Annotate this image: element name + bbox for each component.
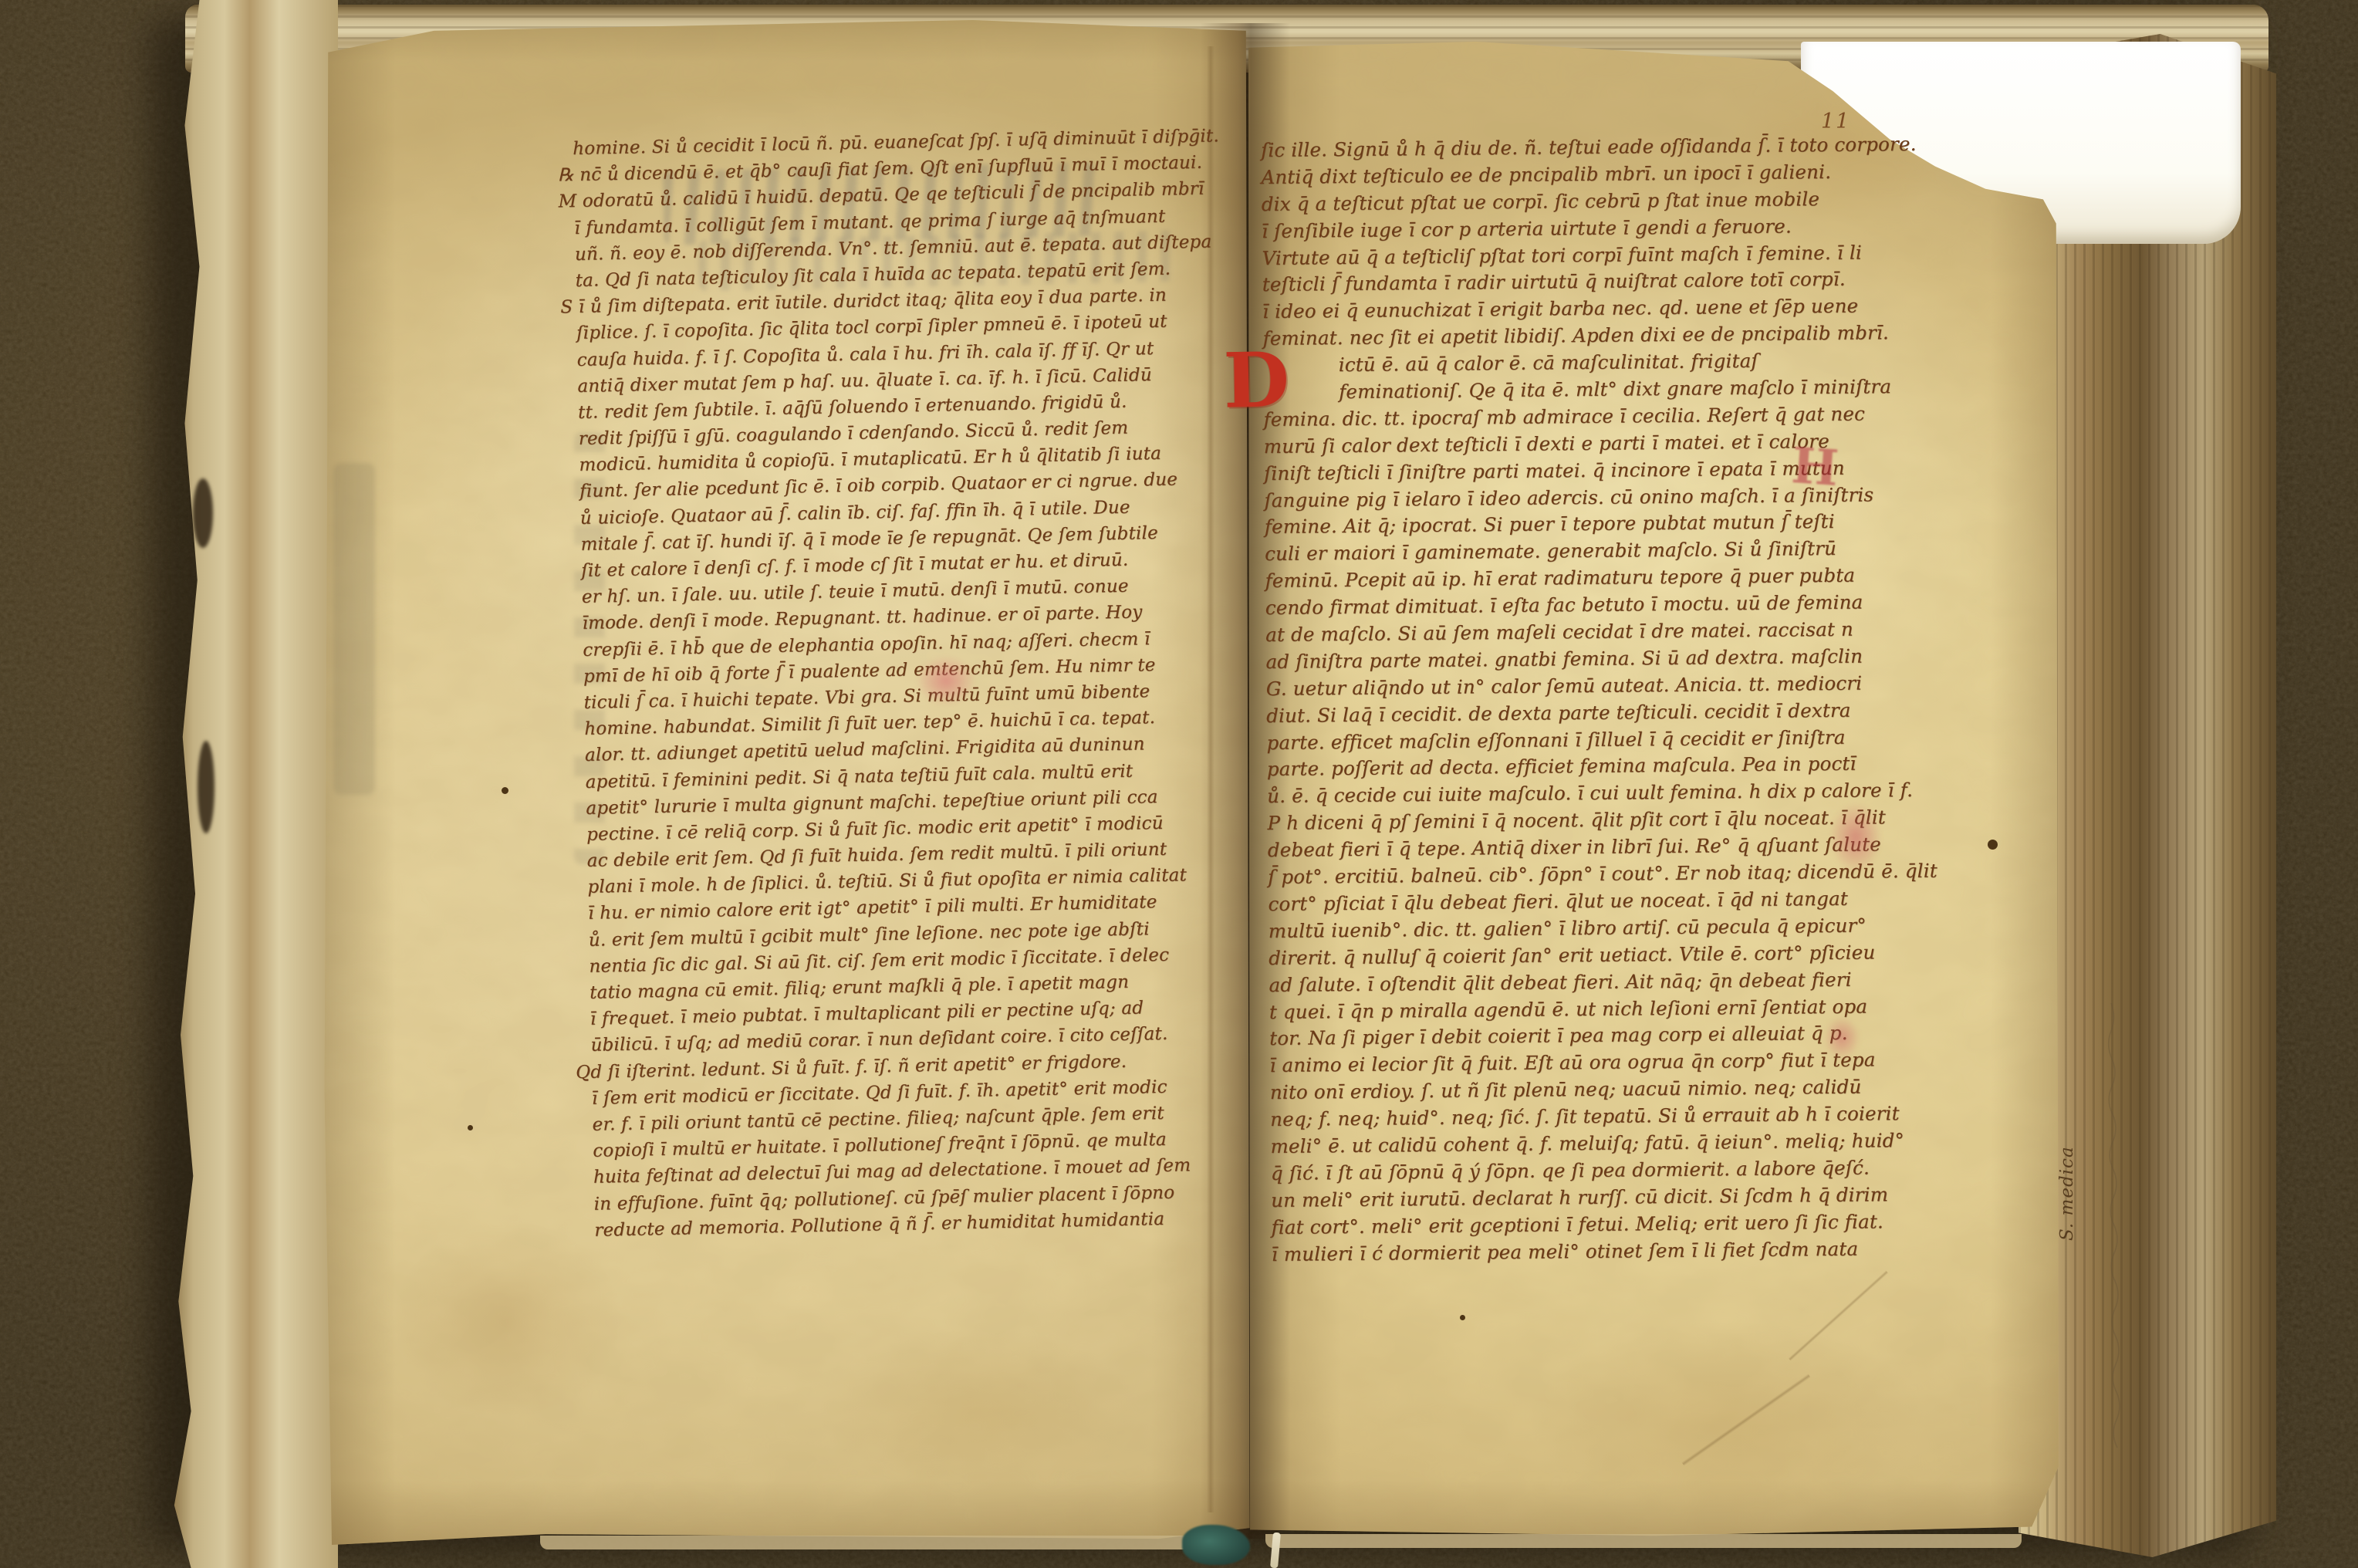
worm-hole: [468, 1125, 473, 1130]
left-page-text-column: homine. Si ů cecidit ī locū ñ. pū. euane…: [573, 126, 1235, 1246]
right-page-text-column: ſic ille. Signū ů h q̄ diu de. ñ. teſtui…: [1261, 132, 2014, 1270]
rubricated-initial-D: D: [1223, 346, 1290, 415]
edge-shading: [323, 15, 396, 1549]
red-margin-mark: H: [1789, 437, 1840, 498]
bottom-page-edge: [1265, 1534, 2022, 1548]
parchment-stain: [392, 1219, 623, 1420]
worm-hole: [1460, 1315, 1465, 1320]
fore-edge-inscription: S. medica: [2057, 1146, 2077, 1241]
spine-crevice: [193, 478, 213, 548]
parchment-stain: [1526, 1320, 1927, 1520]
manuscript-photo: homine. Si ů cecidit ī locū ñ. pū. euane…: [0, 0, 2358, 1568]
worm-hole: [502, 787, 508, 794]
parchment-stain: [816, 1327, 1140, 1497]
worm-hole: [1988, 840, 1998, 850]
bottom-page-edge: [540, 1536, 1219, 1549]
spine-crevice: [198, 741, 215, 833]
folio-number: 11: [1821, 110, 1850, 133]
